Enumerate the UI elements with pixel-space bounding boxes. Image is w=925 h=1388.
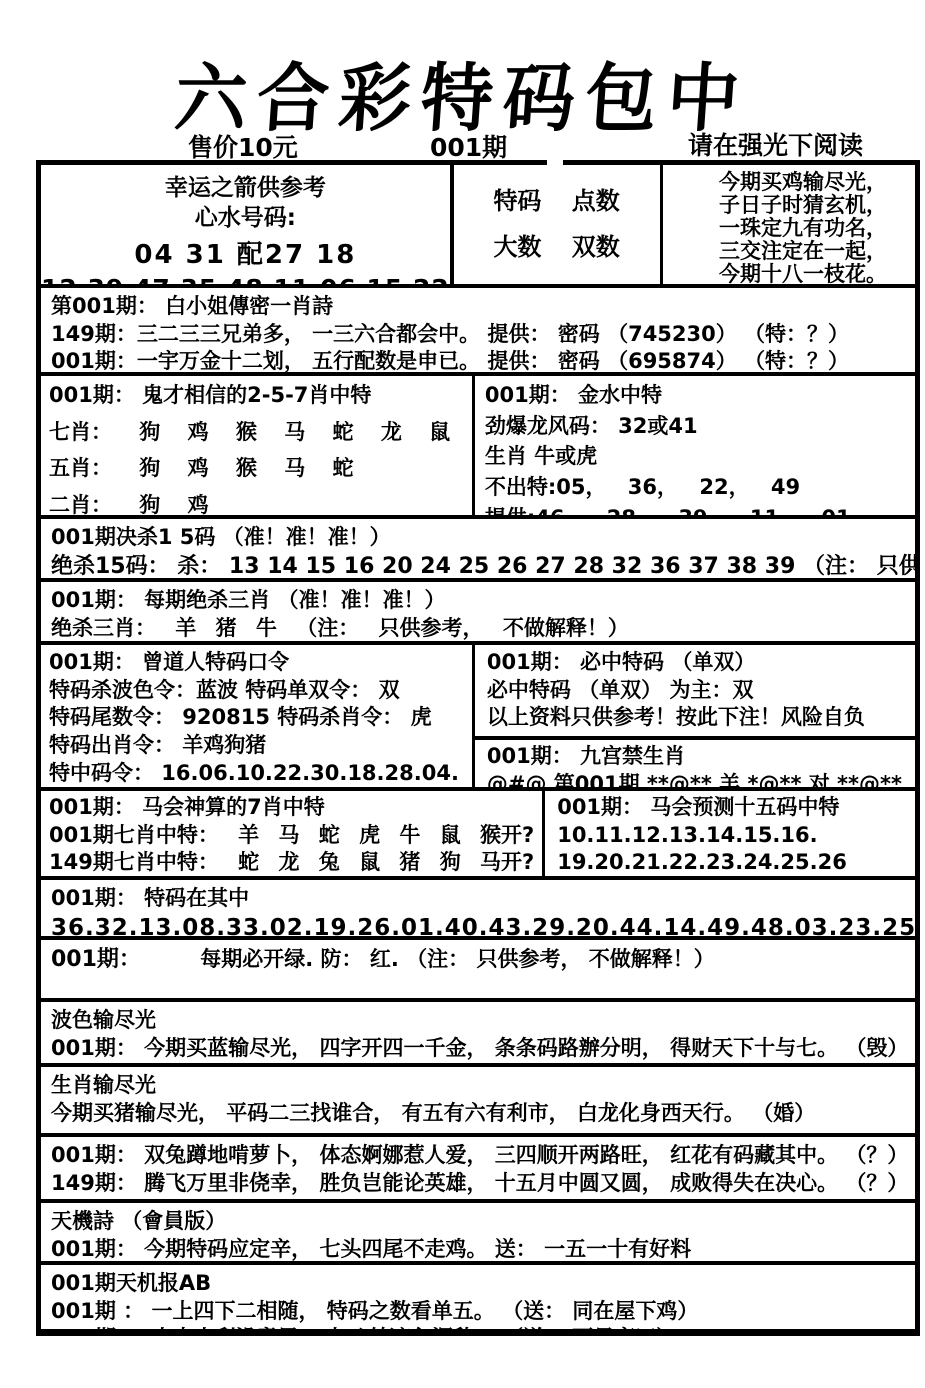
disclaimer-line: 以上资料只供参考！按此下注！风险自负 [487, 704, 903, 732]
zodiac-command-line: 特码出肖令： 羊鸡狗猪 [49, 732, 464, 760]
forecast-title: 001期： 马会预测十五码中特 [557, 794, 903, 822]
wave-verse-title: 波色输尽光 [51, 1007, 905, 1035]
main-grid: 幸运之箭供参考 心水号码: 04 31 配27 18 12 39 47 35 4… [36, 160, 920, 1336]
section-zengdaoren: 001期： 曾道人特码口令 特码杀波色令：蓝波 特码单双令： 双 特码尾数令： … [41, 645, 915, 791]
section-baixiaojie: 第001期： 白小姐傳密一肖詩 149期：三二三三兄弟多， 一三六合都会中。 提… [41, 288, 915, 376]
section-tianjibao: 001期天机报AB 001期 ： 一上四下二相随， 特码之数看单五。 （送： 同… [41, 1265, 915, 1331]
mahui-title: 001期： 马会神算的7肖中特 [49, 794, 534, 822]
attr-line-2: 大数 双数 [454, 232, 660, 264]
kill3-zodiacs: 绝杀三肖： 羊 猪 牛 （注： 只供参考， 不做解释！） [51, 615, 905, 643]
attribute-box: 特码 点数 大数 双数 [450, 165, 660, 284]
lucky-numbers-main: 04 31 配27 18 [41, 238, 450, 272]
tianjibao-line-1: 001期 ： 一上四下二相随， 特码之数看单五。 （送： 同在屋下鸡） [51, 1298, 905, 1326]
temazaiqizhong-numbers: 36.32.13.08.33.02.19.26.01.40.43.29.20.4… [51, 913, 905, 940]
verse-line: 今期买鸡输尽光， [719, 171, 887, 194]
jinshui-title: 001期： 金水中特 [485, 382, 905, 410]
section-color-pick: 001期： 每期必开绿. 防： 红. （注： 只供参考， 不做解释！） [41, 940, 915, 1002]
tianjibao-line-2: 001期 ： 小本小利没意思， 七八转凉入深秋。 （送： 雨足高田） [51, 1325, 905, 1331]
section-zodiac-picks: 001期： 鬼才相信的2-5-7肖中特 七肖： 狗 鸡 猴 马 蛇 龙 鼠 五肖… [41, 376, 915, 519]
section-tianjishi: 天機詩 （會員版） 001期： 今期特码应定辛， 七头四尾不走鸡。 送： 一五一… [41, 1203, 915, 1265]
baixiaojie-title: 第001期： 白小姐傳密一肖詩 [51, 293, 905, 321]
zodiac-verse-title: 生肖输尽光 [51, 1072, 905, 1100]
baixiaojie-line-001: 001期：一宇万金十二划， 五行配数是申已。 提供： 密码 （695874） （… [51, 348, 905, 376]
mahui-shensuan-box: 001期： 马会神算的7肖中特 001期七肖中特： 羊 马 蛇 虎 牛 鼠 猴开… [41, 791, 542, 876]
issue-number-label: 001期 [430, 128, 507, 164]
section-lucky-arrow: 幸运之箭供参考 心水号码: 04 31 配27 18 12 39 47 35 4… [41, 165, 915, 288]
baixiaojie-line-149: 149期：三二三三兄弟多， 一三六合都会中。 提供： 密码 （745230） （… [51, 321, 905, 349]
price-label: 售价10元 [188, 128, 298, 164]
attr-line-1: 特码 点数 [454, 186, 660, 218]
jiugong-code-line: @#@ 第001期 **@** 羊 *@** 对 **@** [487, 771, 903, 791]
border-notch [547, 158, 563, 165]
tianjishi-title: 天機詩 （會員版） [51, 1208, 905, 1236]
verse-line: 三交注定在一起， [719, 240, 887, 263]
excluded-numbers-line: 不出特:05， 36， 22， 49 [485, 474, 905, 502]
zodiac-hint-line: 生肖 牛或虎 [485, 443, 905, 471]
section-wave-verse: 波色输尽光 001期： 今期买蓝输尽光， 四字开四一千金， 条条码路辦分明， 得… [41, 1002, 915, 1067]
forecast-numbers-2: 19.20.21.22.23.24.25.26 [557, 849, 903, 877]
bizhong-title: 001期： 必中特码 （单双） [487, 649, 903, 677]
bizhong-result: 必中特码 （单双） 为主：双 [487, 677, 903, 705]
verse-line: 一珠定九有功名， [719, 217, 887, 240]
kill3-title: 001期： 每期绝杀三肖 （准！准！准！） [51, 587, 905, 615]
verse-line: 今期十八一枝花。 [719, 263, 887, 286]
couplet-line-149: 149期： 腾飞万里非侥幸， 胜负岂能论英雄， 十五月中圆又圆， 成败得失在决心… [51, 1170, 905, 1198]
section-couplet: 001期： 双兔蹲地啃萝卜， 体态婀娜惹人爱， 三四顺开两路旺， 红花有码藏其中… [41, 1137, 915, 1203]
two-zodiac-line: 二肖： 狗 鸡 [49, 492, 464, 519]
mahui-001-line: 001期七肖中特： 羊 马 蛇 虎 牛 鼠 猴开? [49, 822, 534, 850]
verse-box: 今期买鸡输尽光， 子日子时猜玄机， 一珠定九有功名， 三交注定在一起， 今期十八… [660, 165, 916, 284]
temazaiqizhong-title: 001期： 特码在其中 [51, 885, 905, 913]
zodiac-verse-line: 今期买猪输尽光， 平码二三找谁合， 有五有六有利市， 白龙化身西天行。 （婚） [51, 1100, 905, 1128]
tianjishi-line: 001期： 今期特码应定辛， 七头四尾不走鸡。 送： 一五一十有好料 [51, 1236, 905, 1264]
provided-numbers-line: 提供:46， 28， 39， 11， 01， 15 [485, 505, 905, 519]
five-zodiac-line: 五肖： 狗 鸡 猴 马 蛇 [49, 455, 464, 483]
lucky-numbers-list: 12 39 47 35 48 11 06 15 22 [41, 272, 450, 288]
color-pick-text: 每期必开绿. 防： 红. （注： 只供参考， 不做解释！） [200, 947, 715, 971]
wave-command-line: 特码杀波色令：蓝波 特码单双令： 双 [49, 677, 464, 705]
couplet-line-001: 001期： 双兔蹲地啃萝卜， 体态婀娜惹人爱， 三四顺开两路旺， 红花有码藏其中… [51, 1142, 905, 1170]
kill15-title: 001期决杀1 5码 （准！准！准！） [51, 524, 905, 552]
zodiac-257-box: 001期： 鬼才相信的2-5-7肖中特 七肖： 狗 鸡 猴 马 蛇 龙 鼠 五肖… [41, 376, 472, 515]
tail-command-line: 特码尾数令： 920815 特码杀肖令： 虎 [49, 704, 464, 732]
section-kill-15: 001期决杀1 5码 （准！准！准！） 绝杀15码： 杀： 13 14 15 1… [41, 519, 915, 582]
reading-notice-label: 请在强光下阅读 [688, 126, 863, 162]
dragon-code-line: 劲爆龙风码： 32或41 [485, 413, 905, 441]
section-zodiac-verse: 生肖输尽光 今期买猪输尽光， 平码二三找谁合， 有五有六有利市， 白龙化身西天行… [41, 1067, 915, 1137]
zengdaoren-box: 001期： 曾道人特码口令 特码杀波色令：蓝波 特码单双令： 双 特码尾数令： … [41, 645, 472, 787]
lucky-numbers-box: 幸运之箭供参考 心水号码: 04 31 配27 18 12 39 47 35 4… [41, 165, 450, 284]
mahui-149-line: 149期七肖中特： 蛇 龙 兔 鼠 猪 狗 马开? [49, 849, 534, 877]
lucky-subtitle: 心水号码: [41, 203, 450, 233]
forecast-numbers-1: 10.11.12.13.14.15.16. [557, 822, 903, 850]
right-stack: 001期： 必中特码 （单双） 必中特码 （单双） 为主：双 以上资料只供参考！… [472, 645, 915, 787]
section-kill-three-zodiac: 001期： 每期绝杀三肖 （准！准！准！） 绝杀三肖： 羊 猪 牛 （注： 只供… [41, 582, 915, 645]
wave-verse-line: 001期： 今期买蓝输尽光， 四字开四一千金， 条条码路辦分明， 得财天下十与七… [51, 1035, 905, 1063]
jinshui-box: 001期： 金水中特 劲爆龙风码： 32或41 生肖 牛或虎 不出特:05， 3… [472, 376, 915, 515]
section-mahui: 001期： 马会神算的7肖中特 001期七肖中特： 羊 马 蛇 虎 牛 鼠 猴开… [41, 791, 915, 880]
color-pick-label: 001期： [51, 947, 141, 972]
section-temazaiqizhong: 001期： 特码在其中 36.32.13.08.33.02.19.26.01.4… [41, 880, 915, 940]
lottery-tip-sheet: 六合彩特码包中 售价10元 001期 请在强光下阅读 幸运之箭供参考 心水号码:… [0, 0, 925, 1388]
bizhong-box: 001期： 必中特码 （单双） 必中特码 （单双） 为主：双 以上资料只供参考！… [475, 645, 915, 736]
zodiac-257-title: 001期： 鬼才相信的2-5-7肖中特 [49, 382, 464, 410]
zengdaoren-title: 001期： 曾道人特码口令 [49, 649, 464, 677]
kill15-numbers: 绝杀15码： 杀： 13 14 15 16 20 24 25 26 27 28 … [51, 552, 905, 581]
jiugong-box: 001期： 九宫禁生肖 @#@ 第001期 **@** 羊 *@** 对 **@… [475, 736, 915, 791]
tianjibao-title: 001期天机报AB [51, 1270, 905, 1298]
verse-line: 子日子时猜玄机， [719, 194, 887, 217]
code-command-line: 特中码令： 16.06.10.22.30.18.28.04. [49, 760, 464, 788]
seven-zodiac-line: 七肖： 狗 鸡 猴 马 蛇 龙 鼠 [49, 419, 464, 447]
jiugong-title: 001期： 九宫禁生肖 [487, 743, 903, 771]
mahui-forecast-box: 001期： 马会预测十五码中特 10.11.12.13.14.15.16. 19… [542, 791, 915, 876]
lucky-title: 幸运之箭供参考 [41, 173, 450, 203]
